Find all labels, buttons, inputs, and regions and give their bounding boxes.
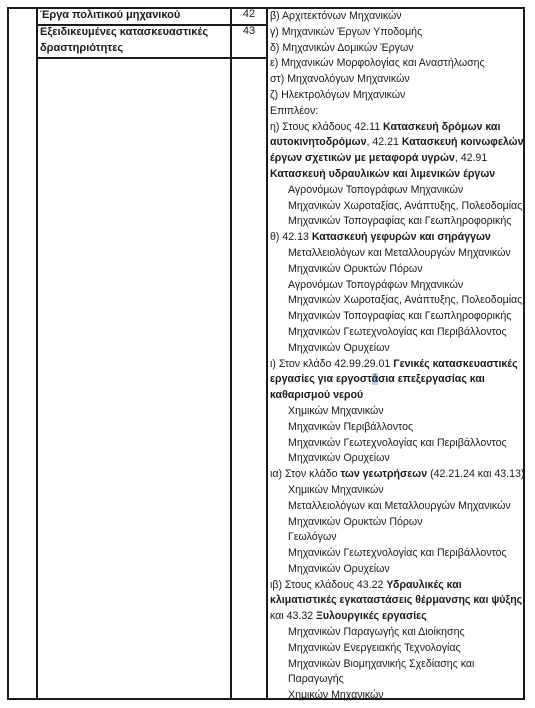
text-line: Μηχανικών Βιομηχανικής Σχεδίασης και [270, 657, 522, 673]
text-line: Μηχανικών Ορυχείων [270, 451, 522, 467]
table-border-left [7, 7, 9, 699]
text-line: Μηχανικών Ενεργειακής Τεχνολογίας [270, 641, 522, 657]
text-span: εργασίες για εργοστ [270, 373, 372, 385]
row-divider-2 [36, 57, 267, 59]
text-line: Μηχανικών Τοπογραφίας και Γεωπληροφορική… [270, 214, 522, 230]
text-line: Μηχανικών Χωροταξίας, Ανάπτυξης, Πολεοδο… [270, 293, 522, 309]
text-line: ι) Στον κλάδο 42.99.29.01 Γενικές κατασκ… [270, 357, 522, 373]
text-span: ια) Στον κλάδο [270, 468, 340, 480]
text-line: Μηχανικών Ορυχείων [270, 562, 522, 578]
text-line: Μηχανικών Ορυχείων [270, 341, 522, 357]
text-span: , 42.21 [366, 136, 401, 148]
text-line: Αγρονόμων Τοπογράφων Μηχανικών [270, 183, 522, 199]
text-line: ια) Στον κλάδο των γεωτρήσεων (42.21.24 … [270, 467, 522, 483]
text-line: κλιματιστικές εγκαταστάσεις θέρμανσης κα… [270, 593, 522, 609]
text-span: και 43.32 [270, 610, 316, 622]
text-line: Χημικών Μηχανικών [270, 404, 522, 420]
text-line: Κατασκευή υδραυλικών και λιμενικών έργων [270, 167, 522, 183]
text-line: στ) Μηχανολόγων Μηχανικών [270, 72, 522, 88]
text-span: των γεωτρήσεων [340, 468, 427, 480]
text-span: , 42.91 [455, 152, 487, 164]
row-name-specialised-construction-line1: Εξειδικευμένες κατασκευαστικές [40, 25, 208, 41]
text-line: Χημικών Μηχανικών [270, 688, 522, 704]
text-span: έργων σχετικών με μεταφορά υγρών [270, 152, 455, 164]
text-line: Μηχανικών Ορυκτών Πόρων [270, 262, 522, 278]
row-name-specialised-construction-line2: δραστηριότητες [40, 41, 123, 57]
text-line: β) Αρχιτεκτόνων Μηχανικών [270, 9, 522, 25]
text-line: Επιπλέον: [270, 104, 522, 120]
text-span: καθαρισμού νερού [270, 389, 363, 401]
text-span: σια επεξεργασίας και [378, 373, 485, 385]
text-span: Υδραυλικές και [386, 579, 461, 591]
text-span: Κατασκευή κοινωφελών [402, 136, 524, 148]
text-line: αυτοκινητοδρόμων, 42.21 Κατασκευή κοινωφ… [270, 135, 522, 151]
text-line: και 43.32 Ξυλουργικές εργασίες [270, 609, 522, 625]
text-line: γ) Μηχανικών Έργων Υποδομής [270, 25, 522, 41]
text-line: Μηχανικών Γεωτεχνολογίας και Περιβάλλοντ… [270, 436, 522, 452]
text-line: Μηχανικών Περιβάλλοντος [270, 420, 522, 436]
text-line: Μεταλλειολόγων και Μεταλλουργών Μηχανικώ… [270, 246, 522, 262]
text-span: θ) 42.13 [270, 231, 312, 243]
text-line: Μηχανικών Τοπογραφίας και Γεωπληροφορική… [270, 309, 522, 325]
text-line: θ) 42.13 Κατασκευή γεφυρών και σηράγγων [270, 230, 522, 246]
text-span: Ξυλουργικές εργασίες [316, 610, 427, 622]
text-span: ιβ) Στους κλάδους 43.22 [270, 579, 386, 591]
text-line: Γεωλόγων [270, 530, 522, 546]
text-line: Αγρονόμων Τοπογράφων Μηχανικών [270, 278, 522, 294]
text-line: καθαρισμού νερού [270, 388, 522, 404]
text-line: Μηχανικών Ορυκτών Πόρων [270, 515, 522, 531]
row-code-43: 43 [231, 25, 267, 37]
text-line: ιβ) Στους κλάδους 43.22 Υδραυλικές και [270, 578, 522, 594]
text-span: η) Στους κλάδους 42.11 [270, 121, 383, 133]
text-span: ι) Στον κλάδο 42.99.29.01 [270, 358, 393, 370]
text-line: Μηχανικών Γεωτεχνολογίας και Περιβάλλοντ… [270, 325, 522, 341]
text-line: έργων σχετικών με μεταφορά υγρών, 42.91 [270, 151, 522, 167]
text-span: Κατασκευή γεφυρών και σηράγγων [312, 231, 491, 243]
text-line: ζ) Ηλεκτρολόγων Μηχανικών [270, 88, 522, 104]
text-span: Γενικές κατασκευαστικές [393, 358, 517, 370]
row-code-42: 42 [231, 8, 267, 20]
text-line: Μηχανικών Γεωτεχνολογίας και Περιβάλλοντ… [270, 546, 522, 562]
text-line: εργασίες για εργοστάσια επεξεργασίας και [270, 372, 522, 388]
column-divider-2 [230, 7, 232, 699]
table-border-right [523, 7, 525, 699]
text-line: Παραγωγής [270, 672, 522, 688]
text-line: Μηχανικών Παραγωγής και Διοίκησης [270, 625, 522, 641]
text-span: αυτοκινητοδρόμων [270, 136, 366, 148]
text-span: κλιματιστικές εγκαταστάσεις θέρμανσης κα… [270, 594, 522, 606]
text-span: (42.21.24 και 43.13) [427, 468, 524, 480]
text-span: Κατασκευή υδραυλικών και λιμενικών έργων [270, 168, 495, 180]
engineer-specialties-cell: β) Αρχιτεκτόνων Μηχανικώνγ) Μηχανικών Έρ… [270, 9, 522, 704]
column-divider-3 [266, 7, 268, 699]
text-line: δ) Μηχανικών Δομικών Έργων [270, 41, 522, 57]
column-divider-1 [36, 7, 38, 699]
text-line: Μηχανικών Χωροταξίας, Ανάπτυξης, Πολεοδο… [270, 199, 522, 215]
text-line: ε) Μηχανικών Μορφολογίας και Αναστήλωσης [270, 56, 522, 72]
text-line: Χημικών Μηχανικών [270, 483, 522, 499]
text-span: Κατασκευή δρόμων και [383, 121, 500, 133]
text-line: η) Στους κλάδους 42.11 Κατασκευή δρόμων … [270, 120, 522, 136]
text-line: Μεταλλειολόγων και Μεταλλουργών Μηχανικώ… [270, 499, 522, 515]
row-name-works-civil-engineering: Έργα πολιτικού μηχανικού [40, 8, 180, 24]
